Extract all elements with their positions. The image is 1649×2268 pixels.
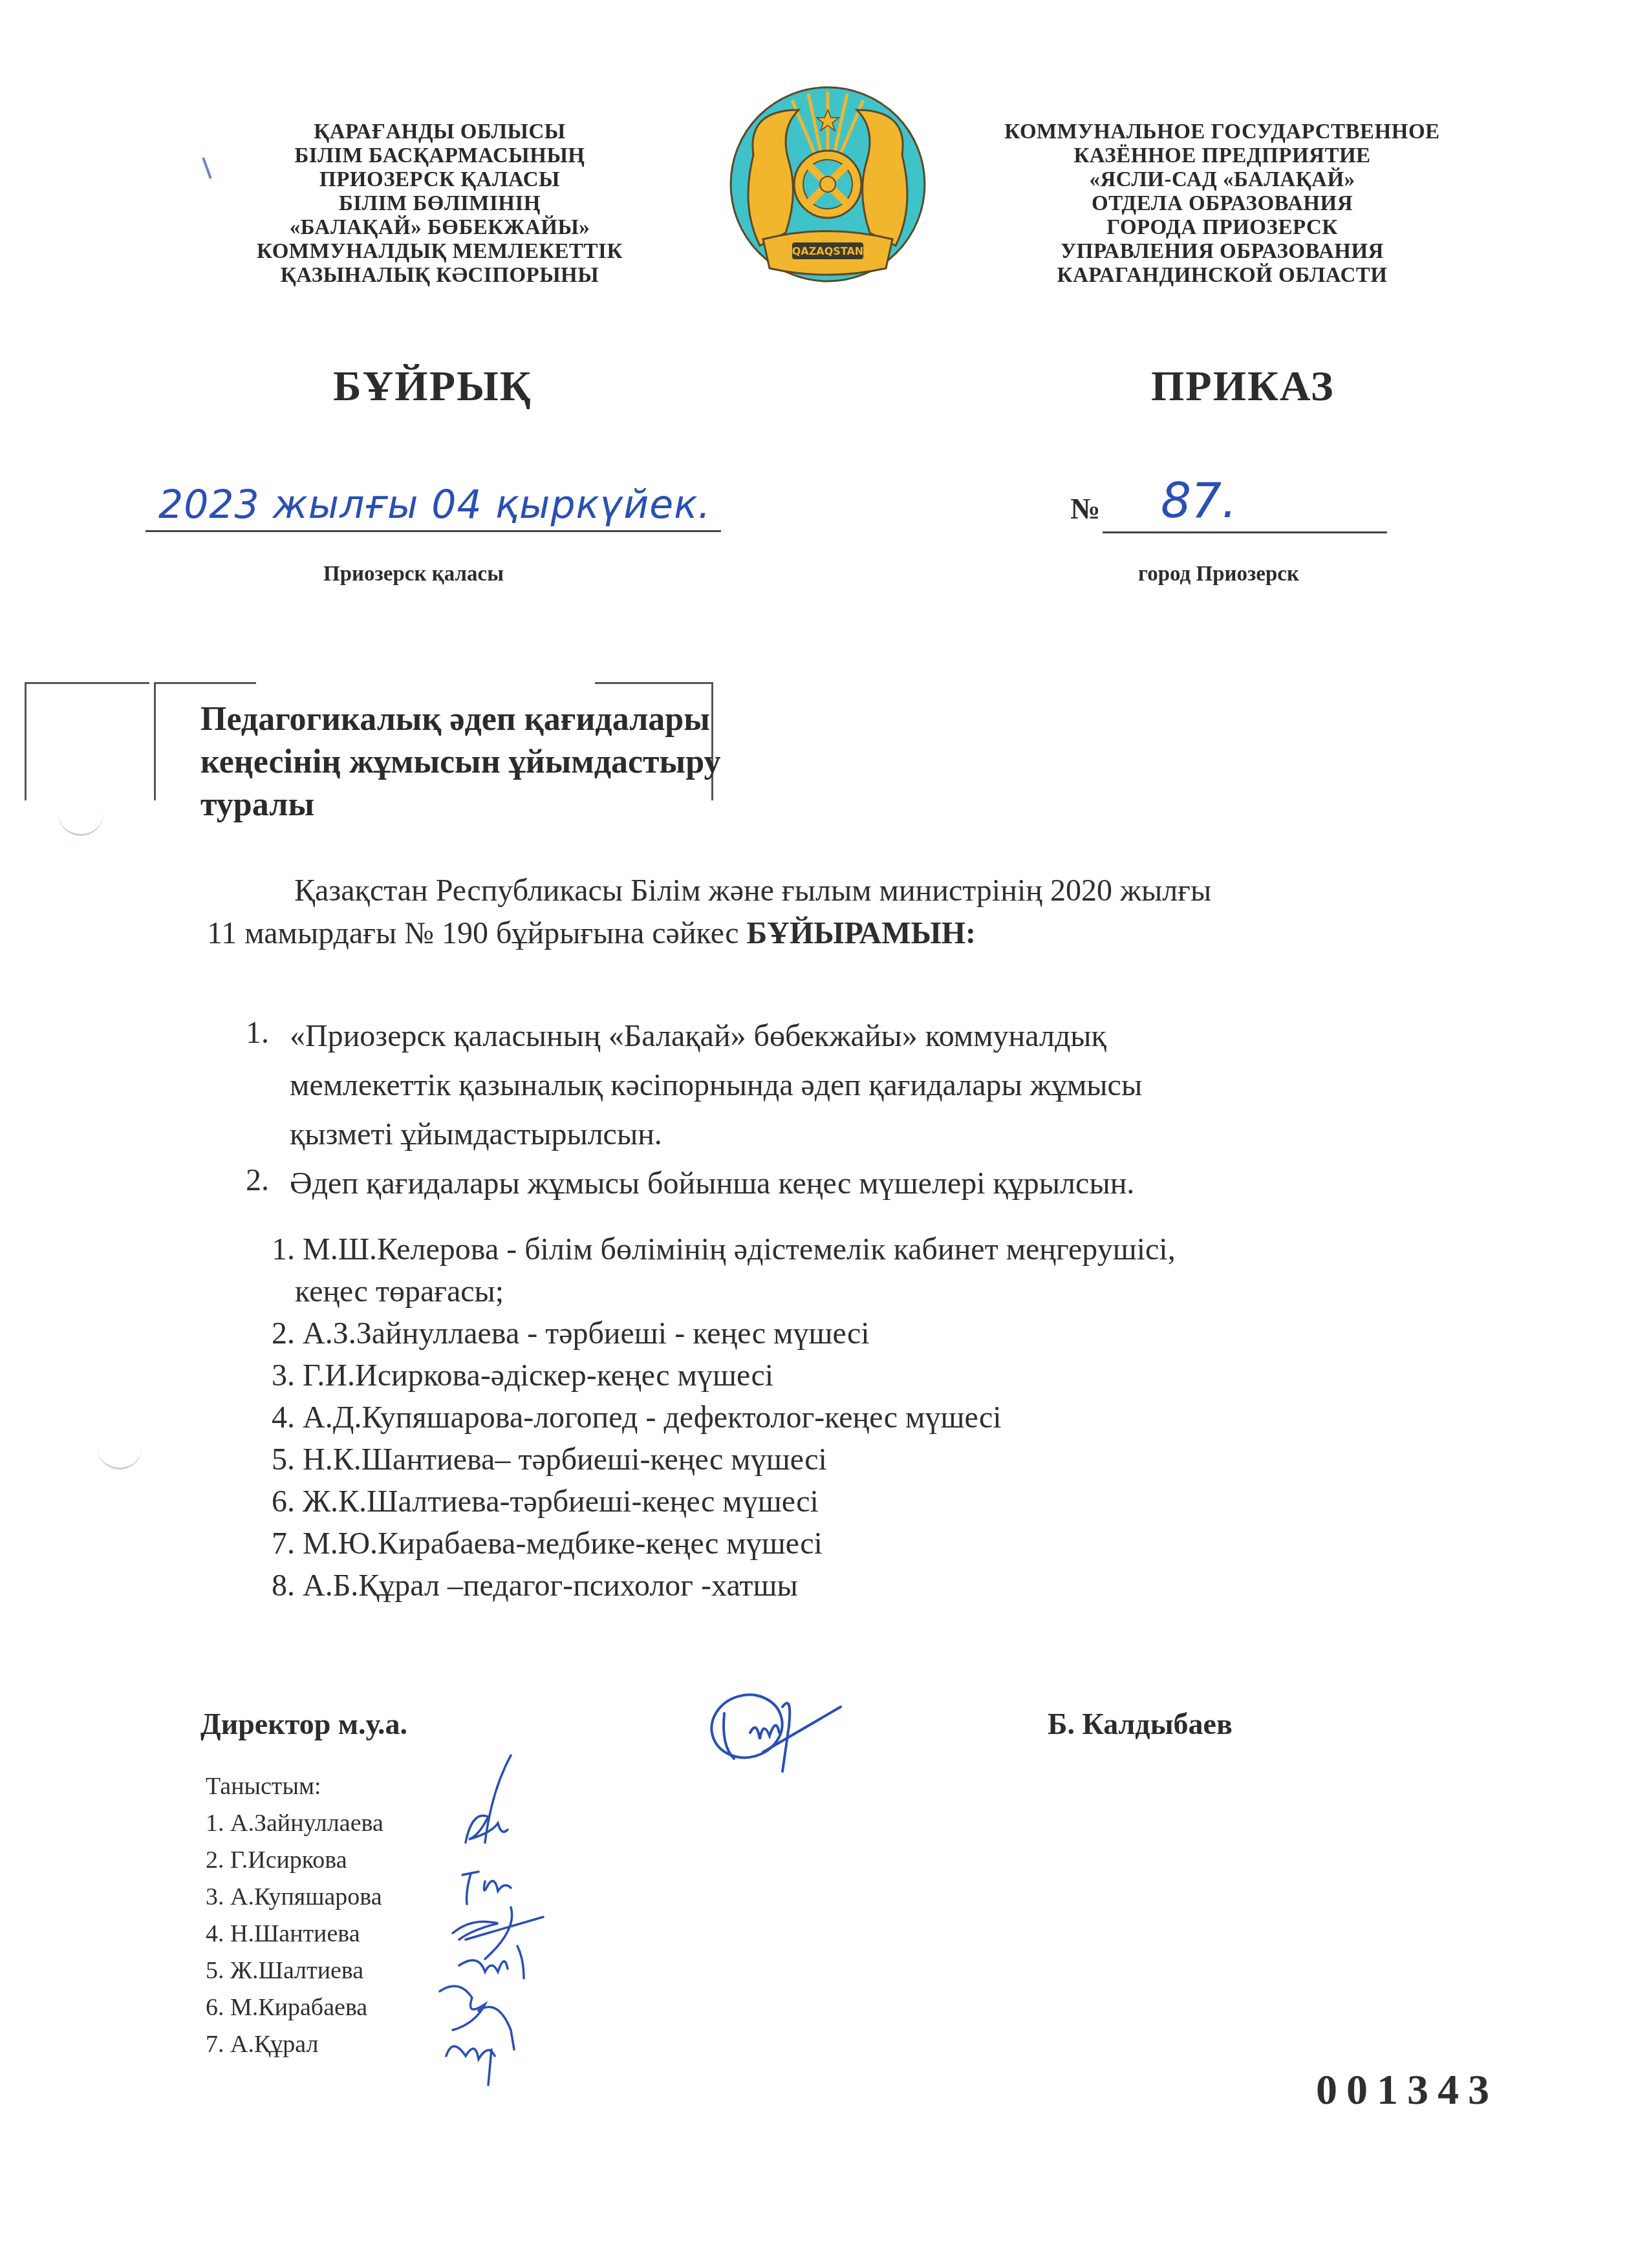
handwritten-date: 2023 жылғы 04 қыркүйек.: [158, 482, 711, 528]
date-field: 2023 жылғы 04 қыркүйек.: [145, 478, 721, 532]
header-line: «БАЛАҚАЙ» БӨБЕКЖАЙЫ»: [194, 216, 685, 240]
right-org-header: КОММУНАЛЬНОЕ ГОСУДАРСТВЕННОЕ КАЗЁННОЕ ПР…: [996, 120, 1449, 288]
header-line: БІЛІМ БӨЛІМІНІҢ: [194, 192, 685, 216]
member-item: 4. А.Д.Купяшарова-логопед - дефектолог-к…: [272, 1396, 1436, 1439]
order-items: 1. «Приозерск қаласының «Балақай» бөбекж…: [246, 1012, 1410, 1208]
preamble-text: 11 мамырдағы № 190 бұйрығына сәйкес: [207, 916, 747, 950]
order-directive: БҰЙЫРАМЫН:: [747, 916, 976, 950]
member-item: 3. Г.И.Исиркова-әдіскер-кеңес мүшесі: [272, 1354, 1436, 1396]
acknowledgement-signatures-icon: [414, 1752, 582, 2088]
left-org-header: ҚАРАҒАНДЫ ОБЛЫСЫ БІЛІМ БАСҚАРМАСЫНЫҢ ПРИ…: [194, 120, 685, 288]
header-line: ҚАРАҒАНДЫ ОБЛЫСЫ: [194, 120, 685, 144]
preamble: Қазақстан Республикасы Білім және ғылым …: [207, 870, 1468, 955]
member-item: 8. А.Б.Құрал –педагог-психолог -хатшы: [272, 1565, 1436, 1607]
ack-name: 3. А.Купяшарова: [206, 1879, 383, 1916]
doc-type-kz: БҰЙРЫҚ: [333, 362, 532, 411]
order-text-line: Әдеп қағидалары жұмысы бойынша кеңес мүш…: [290, 1159, 1134, 1208]
corner-bracket-left-outer: [25, 682, 149, 800]
handwritten-number: 87.: [1161, 473, 1237, 529]
preamble-line-1: Қазақстан Республикасы Білім және ғылым …: [207, 870, 1468, 912]
order-item-1: 1. «Приозерск қаласының «Балақай» бөбекж…: [246, 1012, 1410, 1159]
header-line: ОТДЕЛА ОБРАЗОВАНИЯ: [996, 192, 1449, 216]
director-position: Директор м.у.а.: [200, 1707, 407, 1741]
order-item-2: 2. Әдеп қағидалары жұмысы бойынша кеңес …: [246, 1159, 1410, 1208]
header-line: ПРИОЗЕРСК ҚАЛАСЫ: [194, 168, 685, 192]
ack-name: 2. Г.Исиркова: [206, 1842, 383, 1879]
header-line: КАРАГАНДИНСКОЙ ОБЛАСТИ: [996, 264, 1449, 288]
order-text-line: «Приозерск қаласының «Балақай» бөбекжайы…: [290, 1012, 1142, 1061]
doc-type-ru: ПРИКАЗ: [1151, 362, 1335, 411]
order-number: 2.: [246, 1159, 290, 1208]
order-text-line: қызметі ұйымдастырылсын.: [290, 1110, 1142, 1159]
ack-name: 4. Н.Шантиева: [206, 1916, 383, 1952]
ack-name: 6. М.Кирабаева: [206, 1989, 383, 2026]
header-line: УПРАВЛЕНИЯ ОБРАЗОВАНИЯ: [996, 240, 1449, 264]
director-name: Б. Калдыбаев: [1048, 1707, 1233, 1741]
member-item: 7. М.Ю.Кирабаева-медбике-кеңес мүшесі: [272, 1523, 1436, 1565]
header-line: «ЯСЛИ-САД «БАЛАҚАЙ»: [996, 168, 1449, 192]
ack-name: 5. Ж.Шалтиева: [206, 1952, 383, 1989]
member-item: 5. Н.К.Шантиева– тәрбиеші-кеңес мүшесі: [272, 1439, 1436, 1481]
document-serial-number: 001343: [1316, 2066, 1498, 2115]
header-line: КАЗЁННОЕ ПРЕДПРИЯТИЕ: [996, 144, 1449, 168]
order-text-line: мемлекеттік қазыналық кәсіпорнында әдеп …: [290, 1061, 1142, 1110]
acknowledgement-label: Таныстым:: [206, 1768, 383, 1805]
order-subject: Педагогикалық әдеп қағидалары кеңесінің …: [200, 698, 720, 826]
subject-line: туралы: [200, 784, 720, 826]
member-item: 1. М.Ш.Келерова - білім бөлімінің әдісте…: [272, 1228, 1436, 1270]
scan-arc-mark: [97, 1442, 142, 1470]
header-line: ГОРОДА ПРИОЗЕРСК: [996, 216, 1449, 240]
council-members-list: 1. М.Ш.Келерова - білім бөлімінің әдісте…: [272, 1228, 1436, 1607]
subject-line: кеңесінің жұмысын ұйымдастыру: [200, 741, 720, 784]
number-field: 87.: [1103, 478, 1387, 533]
scan-arc-mark: [58, 795, 103, 836]
member-item: 2. А.З.Зайнуллаева - тәрбиеші - кеңес мү…: [272, 1312, 1436, 1354]
subject-line: Педагогикалық әдеп қағидалары: [200, 698, 720, 741]
ack-name: 1. А.Зайнуллаева: [206, 1805, 383, 1842]
order-number: 1.: [246, 1012, 290, 1159]
preamble-line-2: 11 мамырдағы № 190 бұйрығына сәйкес БҰЙЫ…: [207, 912, 1468, 955]
header-line: БІЛІМ БАСҚАРМАСЫНЫҢ: [194, 144, 685, 168]
number-label: №: [1070, 491, 1100, 526]
director-signature-icon: [685, 1681, 854, 1778]
kazakhstan-state-emblem-icon: QAZAQSTAN: [727, 84, 928, 284]
ack-name: 7. А.Құрал: [206, 2026, 383, 2063]
header-line: ҚАЗЫНАЛЫҚ КӘСІПОРЫНЫ: [194, 264, 685, 288]
place-ru: город Приозерск: [1138, 562, 1299, 586]
member-item-continuation: кеңес төрағасы;: [272, 1270, 1436, 1312]
acknowledgement-block: Таныстым: 1. А.Зайнуллаева 2. Г.Исиркова…: [206, 1768, 383, 2063]
header-line: КОММУНАЛЬНОЕ ГОСУДАРСТВЕННОЕ: [996, 120, 1449, 144]
member-item: 6. Ж.К.Шалтиева-тәрбиеші-кеңес мүшесі: [272, 1481, 1436, 1523]
place-kz: Приозерск қаласы: [323, 562, 504, 586]
svg-text:QAZAQSTAN: QAZAQSTAN: [792, 245, 864, 257]
header-line: КОММУНАЛДЫҚ МЕМЛЕКЕТТІК: [194, 240, 685, 264]
